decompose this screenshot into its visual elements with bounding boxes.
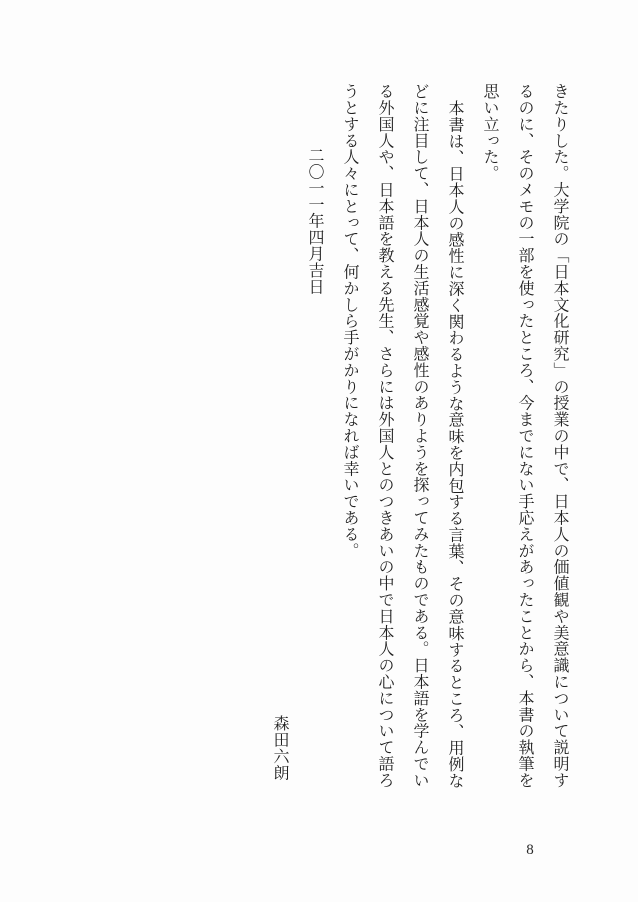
body-line-1: きたりした。大学院の「日本文化研究」の授業の中で、日本人の価値観や美意識について…	[542, 83, 577, 797]
vertical-text-block: きたりした。大学院の「日本文化研究」の授業の中で、日本人の価値観や美意識について…	[262, 83, 577, 797]
date-line: 二〇一一年四月吉日	[297, 83, 332, 797]
signature-line: 森田六朗	[262, 83, 297, 797]
body-line-2: るのに、そのメモの一部を使ったところ、今までにない手応えがあったことから、本書の…	[507, 83, 542, 797]
body-line-4: 本書は、日本人の感性に深く関わるような意味を内包する言葉、その意味するところ、用…	[437, 83, 472, 797]
body-line-5: どに注目して、日本人の生活感覚や感性のありようを探ってみたものである。日本語を学…	[402, 83, 437, 797]
body-line-6: る外国人や、日本語を教える先生、さらには外国人とのつきあいの中で日本人の心につい…	[367, 83, 402, 797]
book-page: きたりした。大学院の「日本文化研究」の授業の中で、日本人の価値観や美意識について…	[0, 0, 638, 902]
body-line-3: 思い立った。	[472, 83, 507, 797]
body-line-7: うとする人々にとって、何かしら手がかりになれば幸いである。	[332, 83, 367, 797]
page-number: 8	[518, 842, 542, 859]
